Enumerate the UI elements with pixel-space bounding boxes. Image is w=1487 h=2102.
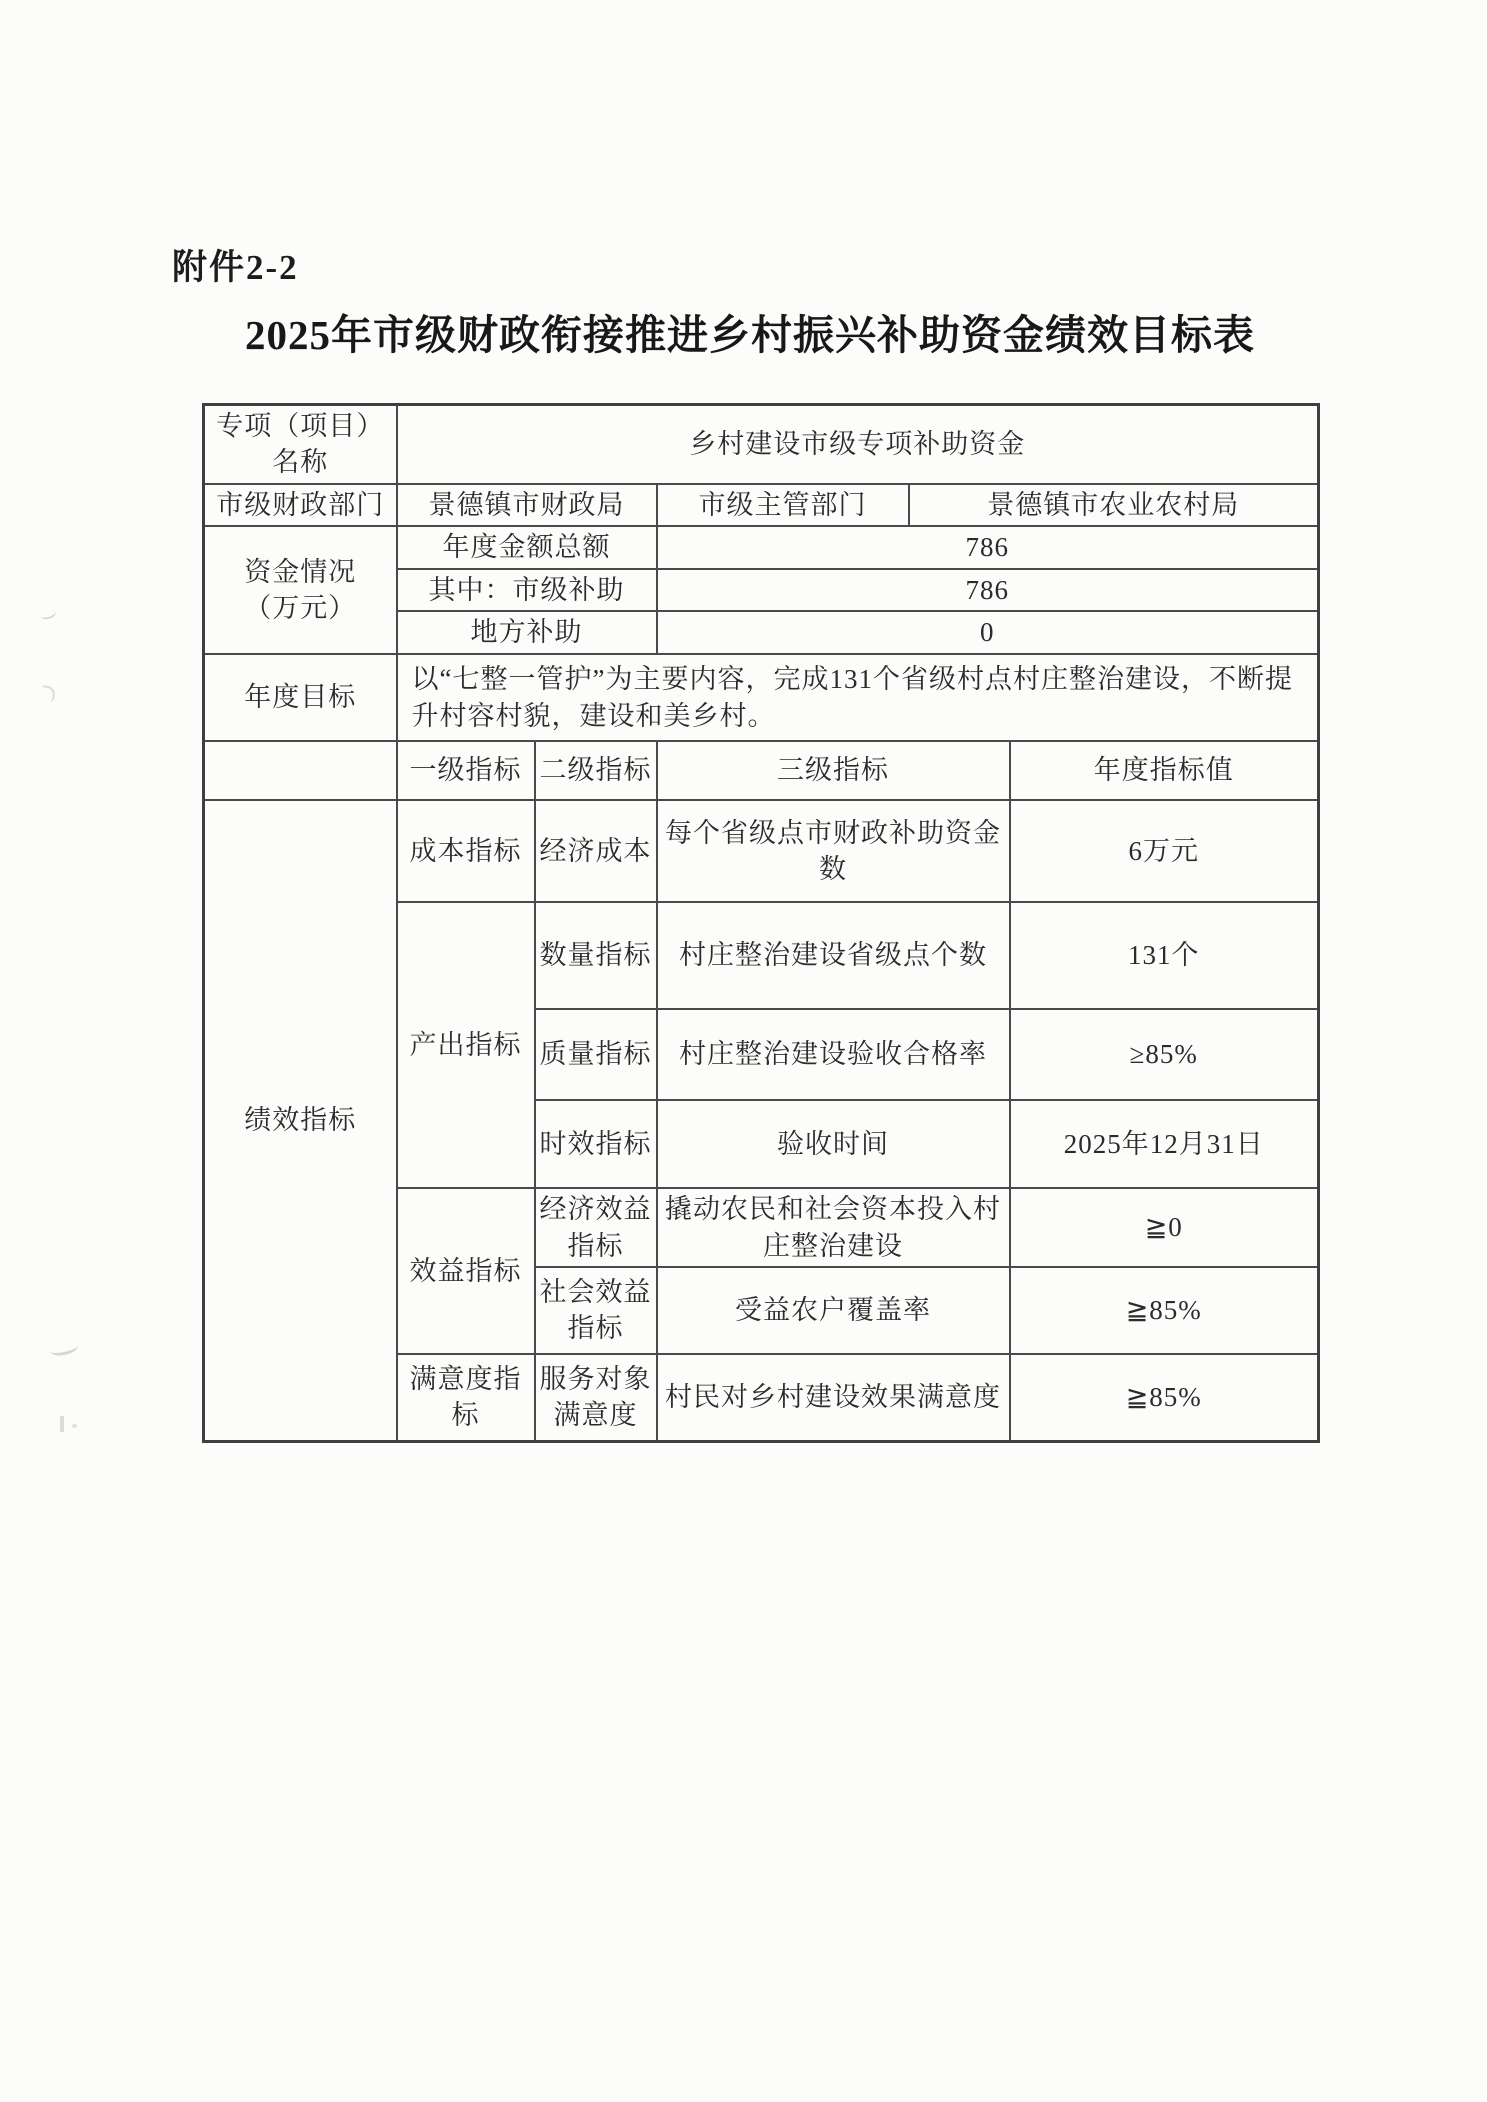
- funding-local-label-cell: 地方补助: [397, 611, 657, 654]
- indicator-value-cell: 131个: [1010, 902, 1319, 1009]
- project-name-label-cell: 专项（项目） 名称: [204, 405, 397, 484]
- indicator-value-cell: ≥85%: [1010, 1009, 1319, 1100]
- table-row: 一级指标 二级指标 三级指标 年度指标值: [204, 741, 1319, 800]
- indicator-level3-cell: 每个省级点市财政补助资金数: [657, 800, 1010, 902]
- table-row: 绩效指标 成本指标 经济成本 每个省级点市财政补助资金数 6万元: [204, 800, 1319, 902]
- indicator-level2-cell: 质量指标: [535, 1009, 657, 1100]
- indicator-value-cell: 6万元: [1010, 800, 1319, 902]
- document-page: 附件2-2 2025年市级财政衔接推进乡村振兴补助资金绩效目标表 专项（项目） …: [0, 0, 1487, 2102]
- performance-label-cell: 绩效指标: [204, 800, 397, 1441]
- funding-city-label-cell: 其中：市级补助: [397, 569, 657, 611]
- indicator-level2-cell: 时效指标: [535, 1100, 657, 1188]
- annual-target-value-cell: 以“七整一管护”为主要内容，完成131个省级村点村庄整治建设，不断提升村容村貌，…: [397, 654, 1319, 741]
- indicator-level1-cell: 成本指标: [397, 800, 535, 902]
- indicator-level2-cell: 服务对象 满意度: [535, 1354, 657, 1442]
- indicator-level2-cell: 社会效益 指标: [535, 1267, 657, 1354]
- corner-empty-cell: [204, 741, 397, 800]
- indicator-value-cell: ≧0: [1010, 1188, 1319, 1267]
- table-row: 专项（项目） 名称 乡村建设市级专项补助资金: [204, 405, 1319, 484]
- table-row: 资金情况 （万元） 年度金额总额 786: [204, 526, 1319, 568]
- indicator-level1-cell: 产出指标: [397, 902, 535, 1188]
- indicator-level2-cell: 经济效益 指标: [535, 1188, 657, 1267]
- supervisor-dept-label-cell: 市级主管部门: [657, 484, 909, 526]
- indicator-level3-cell: 受益农户覆盖率: [657, 1267, 1010, 1354]
- attachment-label: 附件2-2: [172, 240, 299, 290]
- indicator-level3-cell: 验收时间: [657, 1100, 1010, 1188]
- indicator-level1-cell: 效益指标: [397, 1188, 535, 1354]
- scan-artifact: [49, 1339, 79, 1358]
- indicator-level2-cell: 经济成本: [535, 800, 657, 902]
- header-value-cell: 年度指标值: [1010, 741, 1319, 800]
- scan-artifact: [41, 685, 56, 702]
- page-title: 2025年市级财政衔接推进乡村振兴补助资金绩效目标表: [195, 302, 1305, 361]
- indicator-level2-cell: 数量指标: [535, 902, 657, 1009]
- supervisor-dept-value-cell: 景德镇市农业农村局: [909, 484, 1319, 526]
- indicator-level3-cell: 村民对乡村建设效果满意度: [657, 1354, 1010, 1442]
- header-level2-cell: 二级指标: [535, 741, 657, 800]
- header-level1-cell: 一级指标: [397, 741, 535, 800]
- indicator-value-cell: ≧85%: [1010, 1267, 1319, 1354]
- indicator-value-cell: ≧85%: [1010, 1354, 1319, 1442]
- scan-artifact: [72, 1424, 77, 1428]
- finance-dept-value-cell: 景德镇市财政局: [397, 484, 657, 526]
- indicator-level1-cell: 满意度指标: [397, 1354, 535, 1442]
- funding-label-cell: 资金情况 （万元）: [204, 526, 397, 654]
- funding-city-value-cell: 786: [657, 569, 1319, 611]
- performance-target-table: 专项（项目） 名称 乡村建设市级专项补助资金 市级财政部门 景德镇市财政局 市级…: [202, 403, 1320, 1443]
- indicator-level3-cell: 撬动农民和社会资本投入村庄整治建设: [657, 1188, 1010, 1267]
- funding-total-label-cell: 年度金额总额: [397, 526, 657, 568]
- annual-target-label-cell: 年度目标: [204, 654, 397, 741]
- scan-artifact: [39, 606, 58, 621]
- finance-dept-label-cell: 市级财政部门: [204, 484, 397, 526]
- funding-total-value-cell: 786: [657, 526, 1319, 568]
- table-row: 年度目标 以“七整一管护”为主要内容，完成131个省级村点村庄整治建设，不断提升…: [204, 654, 1319, 741]
- project-name-value-cell: 乡村建设市级专项补助资金: [397, 405, 1319, 484]
- scan-artifact: [60, 1416, 64, 1432]
- indicator-level3-cell: 村庄整治建设省级点个数: [657, 902, 1010, 1009]
- funding-local-value-cell: 0: [657, 611, 1319, 654]
- table-row: 市级财政部门 景德镇市财政局 市级主管部门 景德镇市农业农村局: [204, 484, 1319, 526]
- indicator-value-cell: 2025年12月31日: [1010, 1100, 1319, 1188]
- header-level3-cell: 三级指标: [657, 741, 1010, 800]
- indicator-level3-cell: 村庄整治建设验收合格率: [657, 1009, 1010, 1100]
